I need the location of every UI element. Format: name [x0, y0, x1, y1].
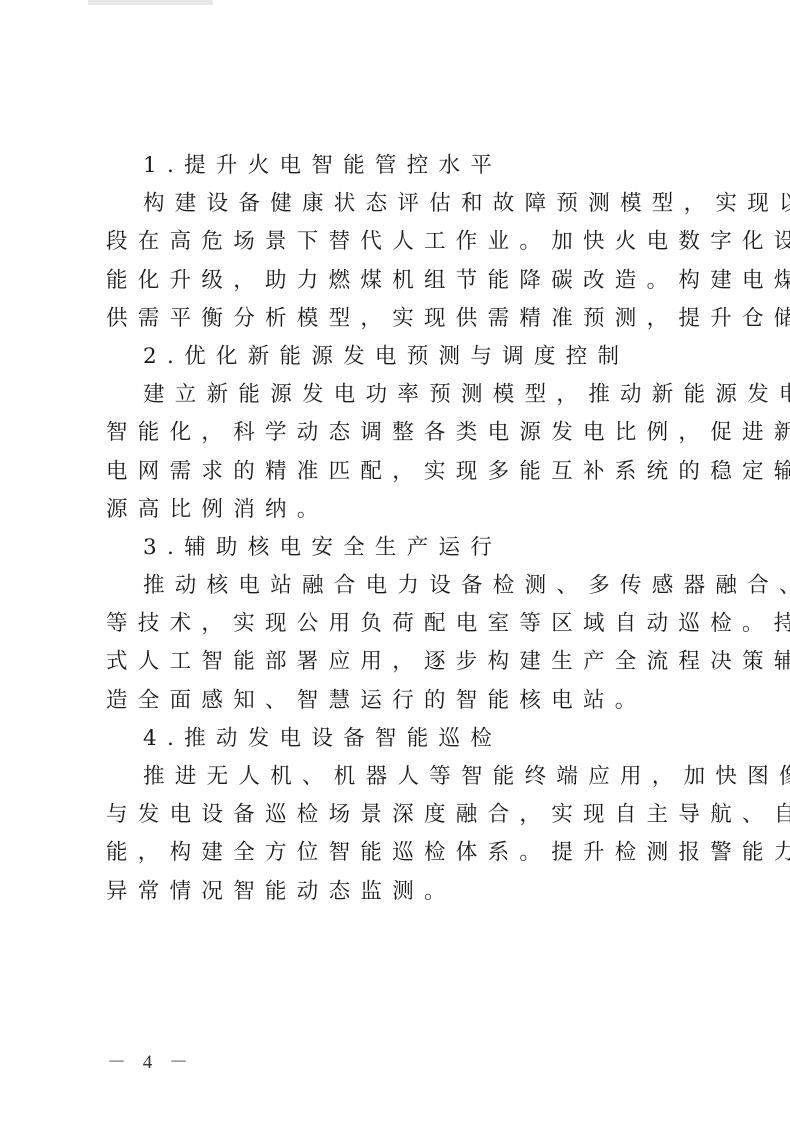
section-heading: 3.辅助核电安全生产运行 — [106, 529, 686, 567]
section-1: 1.提升火电智能管控水平 构建设备健康状态评估和故障预测模型，实现以智能化手 段… — [106, 147, 686, 338]
paragraph-line: 等技术，实现公用负荷配电室等区域自动巡检。持续推进生成 — [106, 605, 686, 643]
paragraph-line: 造全面感知、智慧运行的智能核电站。 — [106, 682, 686, 720]
paragraph-line: 电网需求的精准匹配，实现多能互补系统的稳定输出和清洁能 — [106, 453, 686, 491]
paragraph-line: 能，构建全方位智能巡检体系。提升检测报警能力，实现设备 — [106, 834, 686, 872]
paragraph-line: 异常情况智能动态监测。 — [106, 873, 686, 911]
section-heading: 2.优化新能源发电预测与调度控制 — [106, 338, 686, 376]
page-number: － 4 － — [107, 1047, 194, 1074]
section-heading: 4.推动发电设备智能巡检 — [106, 720, 686, 758]
document-body: 1.提升火电智能管控水平 构建设备健康状态评估和故障预测模型，实现以智能化手 段… — [106, 147, 686, 911]
paragraph-line: 与发电设备巡检场景深度融合，实现自主导航、自动识别等功 — [106, 796, 686, 834]
section-4: 4.推动发电设备智能巡检 推进无人机、机器人等智能终端应用，加快图像识别技术 与… — [106, 720, 686, 911]
paragraph-line: 段在高危场景下替代人工作业。加快火电数字化设计制造和智 — [106, 223, 686, 261]
paragraph-line: 式人工智能部署应用，逐步构建生产全流程决策辅助体系，打 — [106, 643, 686, 681]
paragraph-line: 构建设备健康状态评估和故障预测模型，实现以智能化手 — [106, 185, 686, 223]
section-2: 2.优化新能源发电预测与调度控制 建立新能源发电功率预测模型，推动新能源发电设备… — [106, 338, 686, 529]
paragraph-line: 建立新能源发电功率预测模型，推动新能源发电设备调节 — [106, 376, 686, 414]
paragraph-line: 推动核电站融合电力设备检测、多传感器融合、智能识别 — [106, 567, 686, 605]
paragraph-line: 推进无人机、机器人等智能终端应用，加快图像识别技术 — [106, 758, 686, 796]
scan-artifact — [88, 0, 213, 5]
paragraph-line: 智能化，科学动态调整各类电源发电比例，促进新能源发电与 — [106, 414, 686, 452]
paragraph-line: 源高比例消纳。 — [106, 491, 686, 529]
section-3: 3.辅助核电安全生产运行 推动核电站融合电力设备检测、多传感器融合、智能识别 等… — [106, 529, 686, 720]
paragraph-line: 供需平衡分析模型，实现供需精准预测，提升仓储效率。 — [106, 300, 686, 338]
paragraph-line: 能化升级，助力燃煤机组节能降碳改造。构建电煤消费预测和 — [106, 262, 686, 300]
section-heading: 1.提升火电智能管控水平 — [106, 147, 686, 185]
